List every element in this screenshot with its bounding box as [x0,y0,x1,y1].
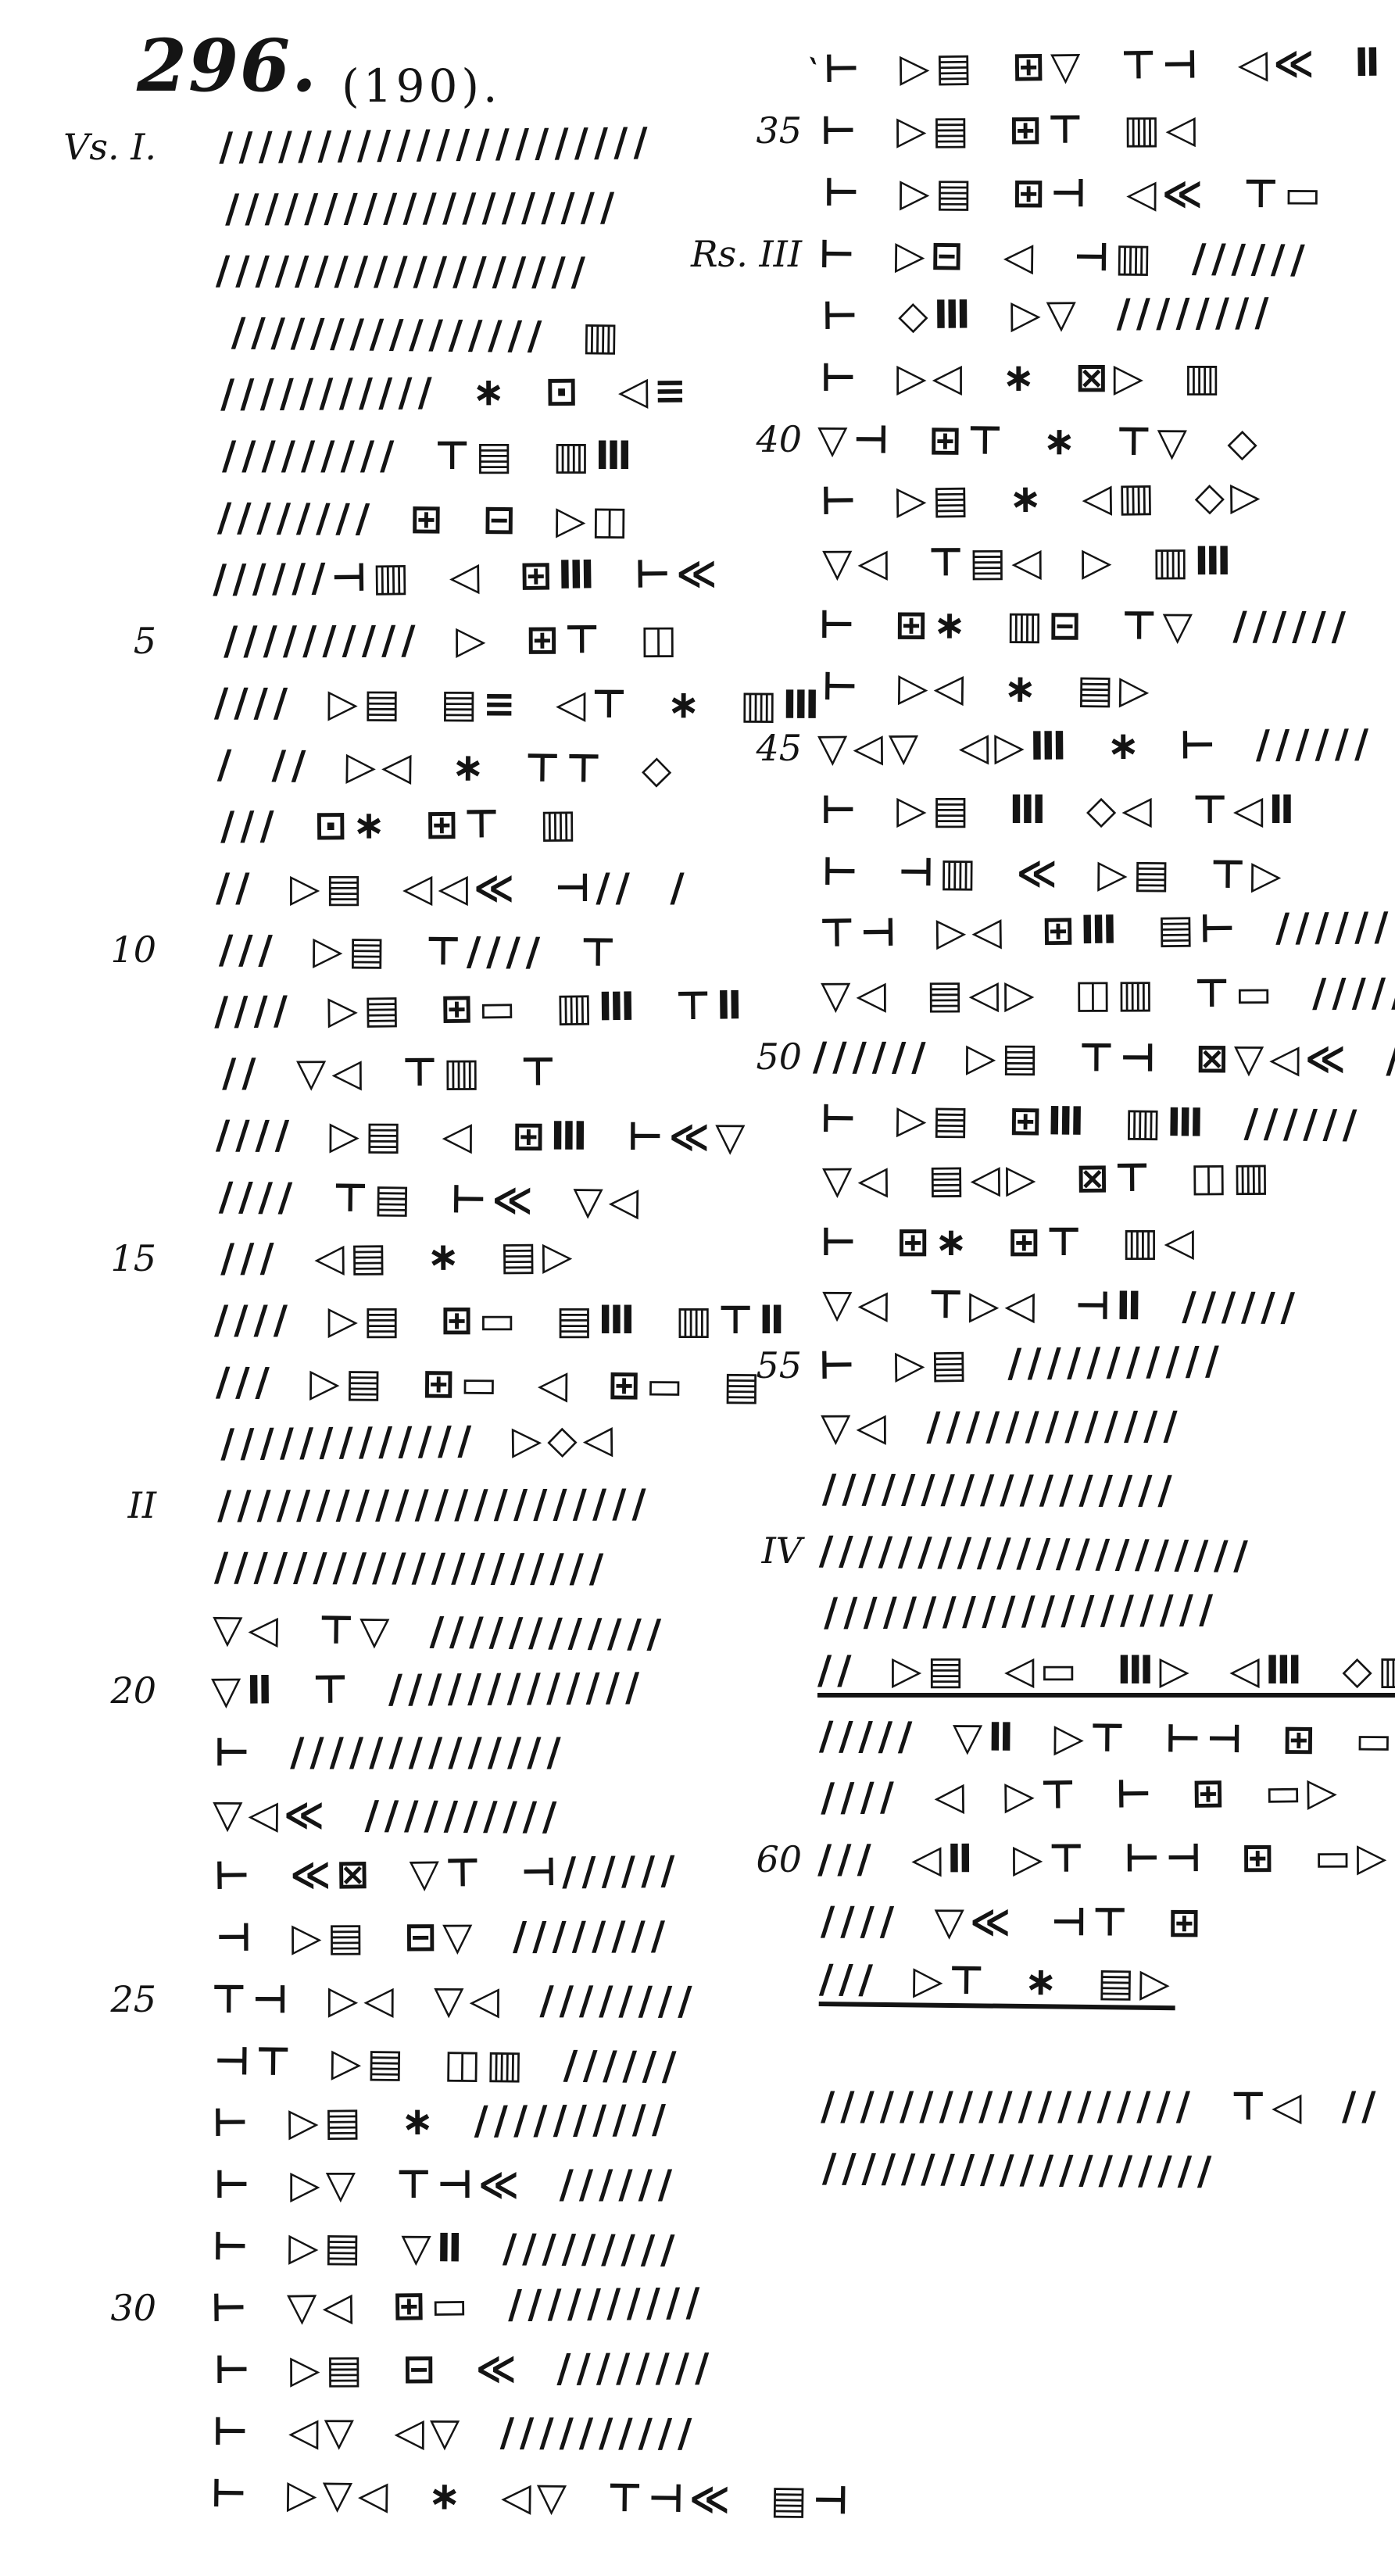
text-line-row: ////////////////// [681,1458,1389,1519]
text-line-row: 30 ⊢ ▽◁ ⊞▭ ////////// [39,2277,699,2338]
text-line-row: ⊢ ▷▽ ⊤⊣≪ ////// [39,2153,699,2215]
text-line-row: / // ▷◁ ∗ ⊤⊤ ◇ [39,733,699,795]
text-line-row: /////////////////// [39,239,699,301]
cuneiform-line-drawing: /// ⊡∗ ⊞⊤ ▥ [220,803,582,846]
text-line-row: IV ////////////////////// [681,1519,1389,1581]
text-line-row: /////////// ∗ ⊡ ◁≡ [39,363,699,424]
text-line-row: 5 ////////// ▷ ⊞⊤ ◫ [39,610,699,671]
text-line-row: 25 ⊤⊣ ▷◁ ▽◁ //////// [39,1968,699,2030]
text-line-row: ▽◁ ▤◁▷ ◫▥ ⊤▭ ///// [681,964,1389,1025]
cuneiform-line-drawing: ⊢ ≪⊠ ▽⊤ ⊣////// [214,1851,681,1895]
cuneiform-line-drawing: ⊢ ◇Ⅲ ▷▽ //////// [822,292,1275,335]
text-line-row: //// ◁ ▷⊤ ⊢ ⊞ ▭▷ [681,1766,1389,1828]
cuneiform-line-drawing: /// ◁Ⅱ ▷⊤ ⊢⊣ ⊞ ▭▷ [817,1837,1393,1879]
text-line-row: ⊢ ⊞∗ ▥⊟ ⊤▽ ////// [681,593,1389,655]
text-line-row: ///////////// ▷◇◁ [39,1412,699,1474]
text-line-row: ⊢ ≪⊠ ▽⊤ ⊣////// [39,1844,699,1906]
text-line-row: 50 ////// ▷▤ ⊤⊣ ⊠▽◁≪ //// [681,1025,1389,1087]
cuneiform-line-drawing: ⊢ ▷▤ ∗ ////////// [213,2099,672,2142]
text-line-row: ▽◁ ▤◁▷ ⊠⊤ ◫▥ [681,1149,1389,1211]
text-line-row: //// ▷▤ ⊞▭ ▥Ⅲ ⊤Ⅱ [39,980,699,1042]
text-line-row: ⊢ ▷▽◁ ∗ ◁▽ ⊤⊣≪ ▤⊣ [39,2462,699,2524]
text-line-row: //// ▽≪ ⊣⊤ ⊞ [681,1890,1389,1952]
cuneiform-line-drawing: ▽◁ ⊤▷◁ ⊣Ⅱ ////// [822,1284,1300,1327]
cuneiform-line-drawing: ⊤⊣ ▷◁ ▽◁ //////// [211,1980,698,2020]
text-line-row: ///////// ⊤▤ ▥Ⅲ [39,424,699,486]
cuneiform-line-drawing: ⊢ ▷◁ ∗ ⊠▷ ▥ [821,358,1226,397]
cuneiform-line-drawing: ⊢ ⊞∗ ⊞⊤ ▥◁ [821,1222,1200,1261]
text-line-row: //////////////// ▥ [39,301,699,363]
text-line-row: //////// ⊞ ⊟ ▷◫ [39,486,699,548]
cuneiform-line-drawing: ////////////////////// [217,1483,652,1524]
cuneiform-line-drawing: ⊢ ⊞∗ ▥⊟ ⊤▽ ////// [819,605,1351,646]
cuneiform-line-drawing: ⊢ ////////////// [214,1733,567,1772]
cuneiform-line-drawing: //// ⊤▤ ⊢≪ ▽◁ [219,1177,645,1221]
text-line-row: ⊣ ▷▤ ⊟▽ //////// [39,1906,699,1968]
cuneiform-line-drawing: //// ▷▤ ◁ ⊞Ⅲ ⊢≪▽ [216,1115,751,1157]
cuneiform-line-drawing: //////⊣▥ ◁ ⊞Ⅲ ⊢≪ [213,553,723,599]
cuneiform-line-drawing: ⊢ ▷▤ ⊞⊣ ◁≪ ⊤▭ [824,173,1327,213]
column-right: ⊢ ▷▤ ⊞▽ ⊤⊣ ◁≪ Ⅱ 35 ⊢ ▷▤ ⊞⊤ ▥◁ ⊢ ▷▤ ⊞⊣ ◁≪… [681,38,1389,2199]
cuneiform-line-drawing: ⊣⊤ ▷▤ ◫▥ ////// [214,2041,682,2086]
line-number-label: 55 [681,1347,813,1383]
text-line-row: // ▽◁ ⊤▥ ⊤ [39,1042,699,1104]
cuneiform-line-drawing: ▽◁ ▤◁▷ ◫▥ ⊤▭ ///// [821,973,1395,1014]
text-line-row: // ▷▤ ◁▭ Ⅲ▷ ◁Ⅲ ◇▥ [681,1643,1389,1705]
line-number-label: 45 [681,730,813,766]
text-line-row: 15 /// ◁▤ ∗ ▤▷ [39,1227,699,1289]
line-number-label: 35 [681,113,813,148]
text-line-row: ▽◁ ⊤▷◁ ⊣Ⅱ ////// [681,1272,1389,1334]
cuneiform-line-drawing: //////////////////// [822,2148,1218,2191]
text-line-row: ⊣⊤ ▷▤ ◫▥ ////// [39,2030,699,2091]
cuneiform-line-drawing: ▽◁ ⊤▤◁ ▷ ▥Ⅲ [822,541,1237,581]
text-line-row: ⊢ ⊞∗ ⊞⊤ ▥◁ [681,1211,1389,1272]
text-line-row: 55 ⊢ ▷▤ /////////// [681,1334,1389,1396]
text-line-row: ⊢ ⊣▥ ≪ ▷▤ ⊤▷ [681,840,1389,902]
text-line-row: /// ▷⊤ ∗ ▤▷ [681,1952,1389,2013]
cuneiform-line-drawing: //// ▷▤ ⊞▭ ▥Ⅲ ⊤Ⅱ [214,986,748,1031]
text-line-row: ⊢ ◇Ⅲ ▷▽ //////// [681,284,1389,346]
cuneiform-line-drawing: ///// ▽Ⅱ ▷⊤ ⊢⊣ ⊞ ▭▷ [819,1716,1395,1760]
cuneiform-line-drawing: /////////////////// [216,251,591,292]
cuneiform-line-drawing: ⊢ ▷▤ /////////// [819,1341,1225,1385]
line-number-label: 10 [39,932,205,968]
text-line-row: ⊢ ▷▤ ⊞⊣ ◁≪ ⊤▭ [681,161,1389,223]
cuneiform-line-drawing: ▽◁▽ ◁▷Ⅲ ∗ ⊢ ////// [817,724,1375,767]
text-line-row: /// ▷▤ ⊞▭ ◁ ⊞▭ ▤ [39,1351,699,1412]
text-line-row: 10 /// ▷▤ ⊤//// ⊤ [39,918,699,980]
text-line-row: /// ⊡∗ ⊞⊤ ▥ [39,795,699,857]
text-line-row: 60 /// ◁Ⅱ ▷⊤ ⊢⊣ ⊞ ▭▷ [681,1828,1389,1890]
cuneiform-line-drawing: // ▷▤ ◁▭ Ⅲ▷ ◁Ⅲ ◇▥ [817,1651,1395,1698]
text-line-row: //////////////////// [681,1581,1389,1643]
cuneiform-line-drawing: ⊢ ▷▤ ∗ ◁▥ ◇▷ [821,476,1266,521]
cuneiform-line-drawing: ⊢ ▷▽ ⊤⊣≪ ////// [214,2165,678,2204]
cuneiform-line-drawing: // ▽◁ ⊤▥ ⊤ [222,1052,561,1093]
cuneiform-line-drawing: ⊢ ▷▤ ⊞▽ ⊤⊣ ◁≪ Ⅱ [824,42,1386,88]
catalog-number: 296. [137,23,318,108]
cuneiform-line-drawing: // ▷▤ ◁◁≪ ⊣// / [216,868,690,907]
text-line-row: ⊢ ▷▤ ∗ ////////// [39,2091,699,2153]
cuneiform-line-drawing: /// ◁▤ ∗ ▤▷ [220,1236,578,1278]
cuneiform-line-drawing: ▽◁ ⊤▽ //////////// [213,1609,667,1654]
text-line-row: 35 ⊢ ▷▤ ⊞⊤ ▥◁ [681,99,1389,161]
text-line-row: Vs. I. ////////////////////// [39,116,699,177]
secondary-number: (190). [342,59,501,113]
cuneiform-line-drawing: ////// ▷▤ ⊤⊣ ⊠▽◁≪ //// [813,1037,1395,1079]
cuneiform-line-drawing: ⊢ ⊣▥ ≪ ▷▤ ⊤▷ [822,852,1287,895]
text-line-row: //////⊣▥ ◁ ⊞Ⅲ ⊢≪ [39,548,699,610]
text-line-row: ⊢ ▷▤ ∗ ◁▥ ◇▷ [681,470,1389,531]
line-number-label: Rs. III [681,236,813,272]
cuneiform-line-drawing: ////////////////// [822,1469,1178,1510]
text-line-row: ▽◁ ///////////// [681,1396,1389,1458]
text-line-row: //// ▷▤ ▤≡ ◁⊤ ∗ ▥Ⅲ [39,671,699,733]
tablet-copy-page: 296. (190). ` Vs. I. ///////////////////… [0,0,1395,2576]
cuneiform-line-drawing: ////////////////////// [819,1531,1254,1575]
cuneiform-line-drawing: ⊣ ▷▤ ⊟▽ //////// [216,1916,671,1956]
cuneiform-line-drawing: ///////// ⊤▤ ▥Ⅲ [222,436,638,475]
cuneiform-line-drawing: //////////////////// [225,188,620,228]
line-number-label: 20 [39,1673,205,1708]
cuneiform-line-drawing: ⊢ ▷◁ ∗ ▤▷ [822,667,1155,710]
text-line-row: II ////////////////////// [39,1474,699,1536]
cuneiform-line-drawing: ⊢ ▷▤ ⊞⊤ ▥◁ [821,109,1201,150]
cuneiform-line-drawing: ////////////////////// [219,122,653,166]
text-line-row: ⊢ ▷▤ ⊞▽ ⊤⊣ ◁≪ Ⅱ [681,38,1389,99]
text-line-row: 40 ▽⊣ ⊞⊤ ∗ ⊤▽ ◇ [681,408,1389,470]
text-line-row: ⊢ ▷◁ ∗ ⊠▷ ▥ [681,346,1389,408]
line-number-label: 15 [39,1240,205,1276]
cuneiform-line-drawing: ////////// ▷ ⊞⊤ ◫ [224,619,682,660]
cuneiform-line-drawing: ⊢ ▷▤ Ⅲ ◇◁ ⊤◁Ⅱ [821,790,1300,829]
cuneiform-line-drawing: ⊢ ▷▤ ▽Ⅱ ///////// [213,2227,681,2270]
text-line-row: 20 ▽Ⅱ ⊤ ///////////// [39,1659,699,1721]
cuneiform-line-drawing: ▽◁≪ ////////// [213,1794,563,1836]
column-left: Vs. I. ////////////////////// //////////… [39,116,699,2524]
cuneiform-line-drawing: ▽⊣ ⊞⊤ ∗ ⊤▽ ◇ [817,420,1263,462]
text-line-row: ⊤⊣ ▷◁ ⊞Ⅲ ▤⊢ ////// [681,902,1389,964]
cuneiform-line-drawing: ⊢ ◁▽ ◁▽ ////////// [213,2412,698,2453]
text-line-row: ▽◁ ⊤▤◁ ▷ ▥Ⅲ [681,531,1389,593]
line-number-label: 60 [681,1841,813,1877]
line-number-label: 50 [681,1039,813,1075]
text-line-row: ⊢ ▷▤ Ⅲ ◇◁ ⊤◁Ⅱ [681,778,1389,840]
text-line-row: ⊢ ////////////// [39,1721,699,1783]
cuneiform-line-drawing: ▽◁ ▤◁▷ ⊠⊤ ◫▥ [822,1157,1275,1199]
page-header: 296. (190). [137,23,501,108]
cuneiform-line-drawing: /////////////////// ⊤◁ // [821,2087,1381,2126]
cuneiform-line-drawing: //////////////////// [214,1547,609,1588]
cuneiform-line-drawing: ▽Ⅱ ⊤ ///////////// [211,1667,646,1709]
text-line-row: ⊢ ▷◁ ∗ ▤▷ [681,655,1389,717]
cuneiform-line-drawing: /////////// ∗ ⊡ ◁≡ [220,370,692,413]
line-number-label: 25 [39,1981,205,2017]
text-line-row: ⊢ ▷▤ ⊞Ⅲ ▥Ⅲ ////// [681,1087,1389,1149]
line-number-label: Vs. I. [39,129,205,165]
text-line-row: ⊢ ▷▤ ⊟ ≪ //////// [39,2338,699,2400]
cuneiform-line-drawing: /// ▷▤ ⊤//// ⊤ [219,930,622,972]
text-line-row: ///// ▽Ⅱ ▷⊤ ⊢⊣ ⊞ ▭▷ [681,1705,1389,1766]
cuneiform-line-drawing: ///////////// ▷◇◁ [220,1419,619,1463]
line-number-label: IV [681,1533,813,1569]
cuneiform-line-drawing: /// ▷⊤ ∗ ▤▷ [819,1959,1175,2010]
cuneiform-line-drawing: //////////////// ▥ [231,313,624,356]
cuneiform-line-drawing: //// ▽≪ ⊣⊤ ⊞ [821,1902,1207,1942]
cuneiform-line-drawing: ⊤⊣ ▷◁ ⊞Ⅲ ▤⊢ ////// [819,907,1394,952]
cuneiform-line-drawing: ⊢ ▷▽◁ ∗ ◁▽ ⊤⊣≪ ▤⊣ [211,2474,854,2520]
text-line-row: /////////////////// ⊤◁ // [681,2075,1389,2137]
cuneiform-line-drawing: //////// ⊞ ⊟ ▷◫ [217,498,634,540]
text-line-row: ⊢ ▷▤ ▽Ⅱ ///////// [39,2215,699,2277]
cuneiform-line-drawing: ⊢ ▷▤ ⊞Ⅲ ▥Ⅲ ////// [821,1099,1363,1144]
text-line-row: ⊢ ◁▽ ◁▽ ////////// [39,2400,699,2462]
text-line-row [681,2013,1389,2075]
line-number-label: 40 [681,421,813,457]
text-line-row: ▽◁≪ ////////// [39,1783,699,1844]
text-line-row: //////////////////// [39,177,699,239]
cuneiform-line-drawing: //////////////////// [824,1590,1219,1632]
cuneiform-line-drawing: / // ▷◁ ∗ ⊤⊤ ◇ [217,745,678,789]
line-number-label: II [39,1487,205,1523]
text-line-row: //// ▷▤ ◁ ⊞Ⅲ ⊢≪▽ [39,1104,699,1165]
cuneiform-line-drawing: ⊢ ▽◁ ⊞▭ ////////// [211,2282,706,2327]
text-line-row: //// ▷▤ ⊞▭ ▤Ⅲ ▥⊤Ⅱ [39,1289,699,1351]
line-number-label: 30 [39,2290,205,2326]
cuneiform-line-drawing: ▽◁ ///////////// [821,1406,1183,1447]
text-line-row: //////////////////// [681,2137,1389,2199]
cuneiform-line-drawing: ⊢ ▷▤ ⊟ ≪ //////// [214,2348,715,2388]
cuneiform-line-drawing: ⊢ ▷⊟ ◁ ⊣▥ ////// [819,234,1311,279]
text-line-row: Rs. III ⊢ ▷⊟ ◁ ⊣▥ ////// [681,223,1389,284]
text-line-row: // ▷▤ ◁◁≪ ⊣// / [39,857,699,918]
text-line-row: //// ⊤▤ ⊢≪ ▽◁ [39,1165,699,1227]
text-line-row: //////////////////// [39,1536,699,1597]
line-number-label: 5 [39,623,205,659]
text-line-row: ▽◁ ⊤▽ //////////// [39,1597,699,1659]
cuneiform-line-drawing: //// ◁ ▷⊤ ⊢ ⊞ ▭▷ [821,1772,1343,1817]
text-line-row: 45 ▽◁▽ ◁▷Ⅲ ∗ ⊢ ////// [681,717,1389,778]
